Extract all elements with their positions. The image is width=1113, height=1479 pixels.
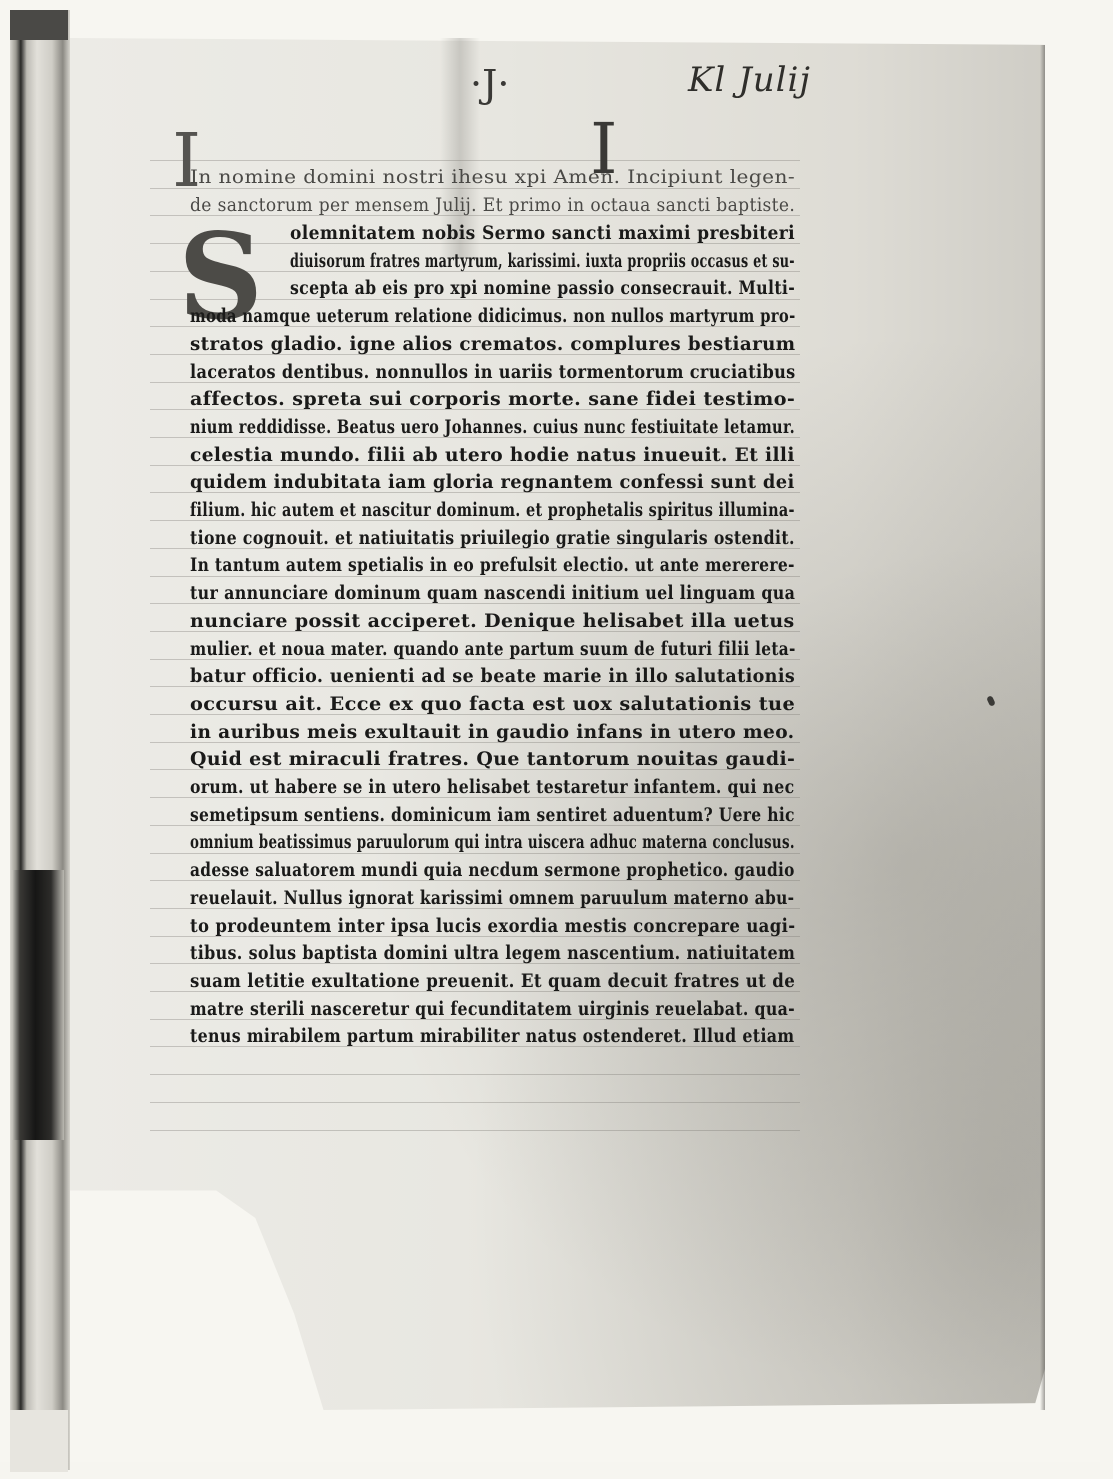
body-line: tenus mirabilem partum mirabiliter natus… <box>190 1025 794 1047</box>
body-line: Quid est miraculi fratres. Que tantorum … <box>190 748 795 770</box>
ruling-line <box>150 1130 800 1131</box>
body-line: tione cognouit. et natiuitatis priuilegi… <box>190 527 795 549</box>
binding-spine <box>10 10 70 1470</box>
heading-line: In nomine domini nostri ihesu xpi Amen. … <box>190 166 795 188</box>
body-line: orum. ut habere se in utero helisabet te… <box>190 776 794 798</box>
ruling-line <box>150 160 800 161</box>
body-line: In tantum autem spetialis in eo prefulsi… <box>190 554 795 576</box>
body-line: occursu ait. Ecce ex quo facta est uox s… <box>190 693 795 715</box>
leaf-right-edge-shadow <box>1040 45 1045 1410</box>
body-line: diuisorum fratres martyrum, karissimi. i… <box>290 250 795 272</box>
body-line: filium. hic autem et nascitur dominum. e… <box>190 499 795 521</box>
body-line: semetipsum sentiens. dominicum iam senti… <box>190 804 795 826</box>
body-line: scepta ab eis pro xpi nomine passio cons… <box>290 277 795 299</box>
body-line: in auribus meis exultauit in gaudio infa… <box>190 721 795 743</box>
body-line: adesse saluatorem mundi quia necdum serm… <box>190 859 795 881</box>
ruling-line <box>150 1102 800 1103</box>
folio-mark: ·J· <box>470 62 509 106</box>
body-line: batur officio. uenienti ad se beate mari… <box>190 665 795 687</box>
body-line: nunciare possit acciperet. Denique helis… <box>190 610 795 632</box>
body-line: affectos. spreta sui corporis morte. san… <box>190 388 795 410</box>
body-line: nium reddidisse. Beatus uero Johannes. c… <box>190 416 795 438</box>
body-line: quidem indubitata iam gloria regnantem c… <box>190 471 795 493</box>
body-line: moda namque ueterum relatione didicimus.… <box>190 305 796 327</box>
heading-line: de sanctorum per mensem Julij. Et primo … <box>190 194 795 216</box>
body-line: olemnitatem nobis Sermo sancti maximi pr… <box>290 222 795 244</box>
ruling-line <box>150 1074 800 1075</box>
binding-top-cap <box>10 10 68 40</box>
running-head: Kl Julij <box>688 60 811 100</box>
binding-bottom <box>10 1410 68 1472</box>
body-line: suam letitie exultatione preuenit. Et qu… <box>190 970 795 992</box>
binding-damaged-section <box>12 870 64 1140</box>
body-line: reuelauit. Nullus ignorat karissimi omne… <box>190 887 794 909</box>
body-line: omnium beatissimus paruulorum qui intra … <box>190 831 795 853</box>
body-line: to prodeuntem inter ipsa lucis exordia m… <box>190 915 795 937</box>
body-line: celestia mundo. filii ab utero hodie nat… <box>190 444 795 466</box>
body-line: tibus. solus baptista domini ultra legem… <box>190 942 795 964</box>
body-line: mulier. et noua mater. quando ante partu… <box>190 638 796 660</box>
heading-initial: I <box>172 118 201 204</box>
body-line: matre sterili nasceretur qui fecunditate… <box>190 998 795 1020</box>
body-line: tur annunciare dominum quam nascendi ini… <box>190 582 795 604</box>
body-line: stratos gladio. igne alios crematos. com… <box>190 333 796 355</box>
body-line: laceratos dentibus. nonnullos in uariis … <box>190 361 796 383</box>
